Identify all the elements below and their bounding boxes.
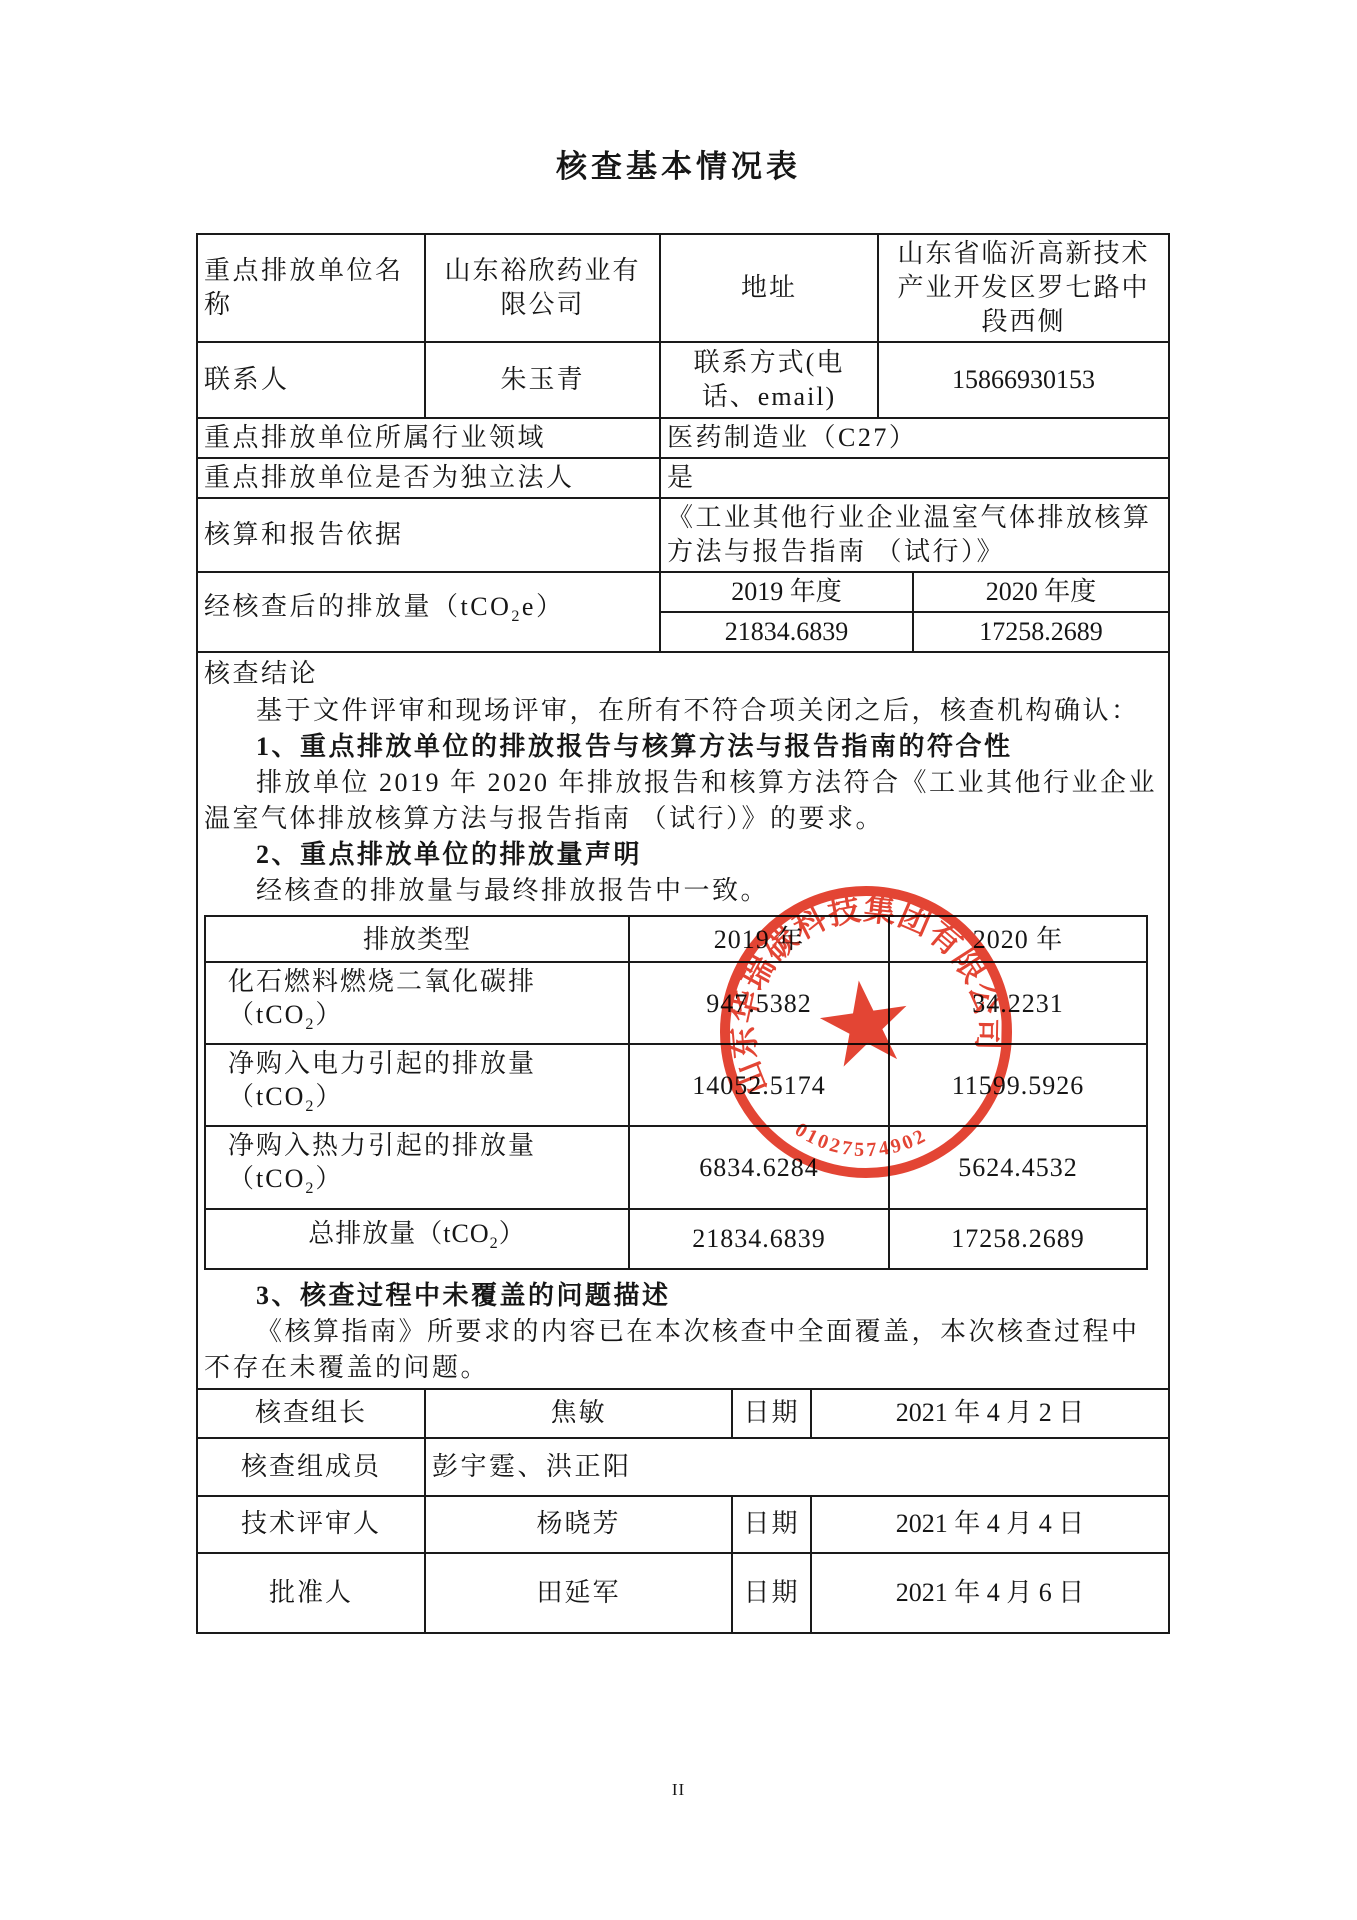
row-industry: 重点排放单位所属行业领域 医药制造业（C27） — [197, 418, 1169, 458]
emission-declaration-table: 排放类型 2019 年 2020 年 化石燃料燃烧二氧化碳排（tCO2） 947… — [204, 915, 1148, 1270]
technical-reviewer-date-label: 日期 — [732, 1496, 811, 1553]
unit-name-label: 重点排放单位名称 — [197, 234, 425, 342]
row-team-leader: 核查组长 焦敏 日期 2021 年 4 月 2 日 — [197, 1389, 1169, 1438]
address-value: 山东省临沂高新技术产业开发区罗七路中段西侧 — [878, 234, 1169, 342]
emission-2020-value: 17258.2689 — [913, 612, 1169, 652]
row-technical-reviewer: 技术评审人 杨晓芳 日期 2021 年 4 月 4 日 — [197, 1496, 1169, 1553]
basis-label: 核算和报告依据 — [197, 498, 660, 572]
industry-label: 重点排放单位所属行业领域 — [197, 418, 660, 458]
emission-row-2020: 34.2231 — [889, 962, 1147, 1044]
team-leader-date-label: 日期 — [732, 1389, 811, 1438]
team-members-names: 彭宇霆、洪正阳 — [425, 1438, 1169, 1496]
verified-emission-label: 经核查后的排放量（tCO2e） — [197, 572, 660, 652]
emission-row-type: 化石燃料燃烧二氧化碳排（tCO2） — [205, 962, 629, 1044]
emission-type-header: 排放类型 — [205, 916, 629, 962]
emission-row-type: 净购入热力引起的排放量（tCO2） — [205, 1126, 629, 1208]
emission-2019-value: 21834.6839 — [660, 612, 913, 652]
conclusion-cell: 核查结论 基于文件评审和现场评审，在所有不符合项关闭之后，核查机构确认： 1、重… — [197, 652, 1169, 1389]
verification-info-table: 重点排放单位名称 山东裕欣药业有限公司 地址 山东省临沂高新技术产业开发区罗七路… — [196, 233, 1170, 1634]
contact-phone: 15866930153 — [878, 342, 1169, 418]
row-conclusion: 核查结论 基于文件评审和现场评审，在所有不符合项关闭之后，核查机构确认： 1、重… — [197, 652, 1169, 1389]
emission-row-2020: 11599.5926 — [889, 1044, 1147, 1126]
address-label: 地址 — [660, 234, 878, 342]
contact-label: 联系人 — [197, 342, 425, 418]
row-contact: 联系人 朱玉青 联系方式(电话、email) 15866930153 — [197, 342, 1169, 418]
row-basis: 核算和报告依据 《工业其他行业企业温室气体排放核算方法与报告指南 （试行）》 — [197, 498, 1169, 572]
conclusion-intro: 基于文件评审和现场评审，在所有不符合项关闭之后，核查机构确认： — [204, 693, 1162, 729]
page-title: 核查基本情况表 — [0, 141, 1357, 186]
year-2019-label: 2019 年度 — [660, 572, 913, 612]
team-leader-date: 2021 年 4 月 2 日 — [811, 1389, 1169, 1438]
team-leader-label: 核查组长 — [197, 1389, 425, 1438]
conclusion-item1-title: 1、重点排放单位的排放报告与核算方法与报告指南的符合性 — [204, 729, 1162, 765]
row-independent-entity: 重点排放单位是否为独立法人 是 — [197, 458, 1169, 498]
emission-row-2020: 5624.4532 — [889, 1126, 1147, 1208]
technical-reviewer-label: 技术评审人 — [197, 1496, 425, 1553]
contact-method-label: 联系方式(电话、email) — [660, 342, 878, 418]
approver-name: 田延军 — [425, 1553, 732, 1633]
emission-header-row: 排放类型 2019 年 2020 年 — [205, 916, 1147, 962]
approver-date: 2021 年 4 月 6 日 — [811, 1553, 1169, 1633]
unit-name-value: 山东裕欣药业有限公司 — [425, 234, 660, 342]
row-verified-emission-years: 经核查后的排放量（tCO2e） 2019 年度 2020 年度 — [197, 572, 1169, 612]
conclusion-item1-body: 排放单位 2019 年 2020 年排放报告和核算方法符合《工业其他行业企业 温… — [204, 765, 1162, 837]
emission-2019-header: 2019 年 — [629, 916, 889, 962]
team-members-label: 核查组成员 — [197, 1438, 425, 1496]
table-row: 净购入热力引起的排放量（tCO2） 6834.6284 5624.4532 — [205, 1126, 1147, 1208]
row-unit-name: 重点排放单位名称 山东裕欣药业有限公司 地址 山东省临沂高新技术产业开发区罗七路… — [197, 234, 1169, 342]
conclusion-item3-body: 《核算指南》所要求的内容已在本次核查中全面覆盖，本次核查过程中不存在未覆盖的问题… — [204, 1314, 1162, 1386]
conclusion-item2-body: 经核查的排放量与最终排放报告中一致。 — [204, 873, 1162, 909]
page-number: II — [0, 1780, 1357, 1800]
table-row: 总排放量（tCO2） 21834.6839 17258.2689 — [205, 1209, 1147, 1269]
industry-value: 医药制造业（C27） — [660, 418, 1169, 458]
basis-value: 《工业其他行业企业温室气体排放核算方法与报告指南 （试行）》 — [660, 498, 1169, 572]
year-2020-label: 2020 年度 — [913, 572, 1169, 612]
table-row: 化石燃料燃烧二氧化碳排（tCO2） 947.5382 34.2231 — [205, 962, 1147, 1044]
conclusion-item2-title: 2、重点排放单位的排放量声明 — [204, 837, 1162, 873]
technical-reviewer-date: 2021 年 4 月 4 日 — [811, 1496, 1169, 1553]
independent-label: 重点排放单位是否为独立法人 — [197, 458, 660, 498]
approver-label: 批准人 — [197, 1553, 425, 1633]
row-approver: 批准人 田延军 日期 2021 年 4 月 6 日 — [197, 1553, 1169, 1633]
emission-row-2020: 17258.2689 — [889, 1209, 1147, 1269]
table-row: 净购入电力引起的排放量（tCO2） 14052.5174 11599.5926 — [205, 1044, 1147, 1126]
row-team-members: 核查组成员 彭宇霆、洪正阳 — [197, 1438, 1169, 1496]
independent-value: 是 — [660, 458, 1169, 498]
emission-row-2019: 14052.5174 — [629, 1044, 889, 1126]
emission-2020-header: 2020 年 — [889, 916, 1147, 962]
approver-date-label: 日期 — [732, 1553, 811, 1633]
team-leader-name: 焦敏 — [425, 1389, 732, 1438]
emission-row-2019: 21834.6839 — [629, 1209, 889, 1269]
emission-row-type: 净购入电力引起的排放量（tCO2） — [205, 1044, 629, 1126]
emission-row-2019: 6834.6284 — [629, 1126, 889, 1208]
conclusion-heading: 核查结论 — [204, 655, 1162, 693]
document-page: 核查基本情况表 重点排放单位名称 山东裕欣药业有限公司 地址 山东省临沂高新技术… — [0, 0, 1357, 1920]
emission-row-2019: 947.5382 — [629, 962, 889, 1044]
conclusion-item3-title: 3、核查过程中未覆盖的问题描述 — [204, 1278, 1162, 1314]
technical-reviewer-name: 杨晓芳 — [425, 1496, 732, 1553]
emission-row-type-total: 总排放量（tCO2） — [205, 1209, 629, 1269]
contact-name: 朱玉青 — [425, 342, 660, 418]
